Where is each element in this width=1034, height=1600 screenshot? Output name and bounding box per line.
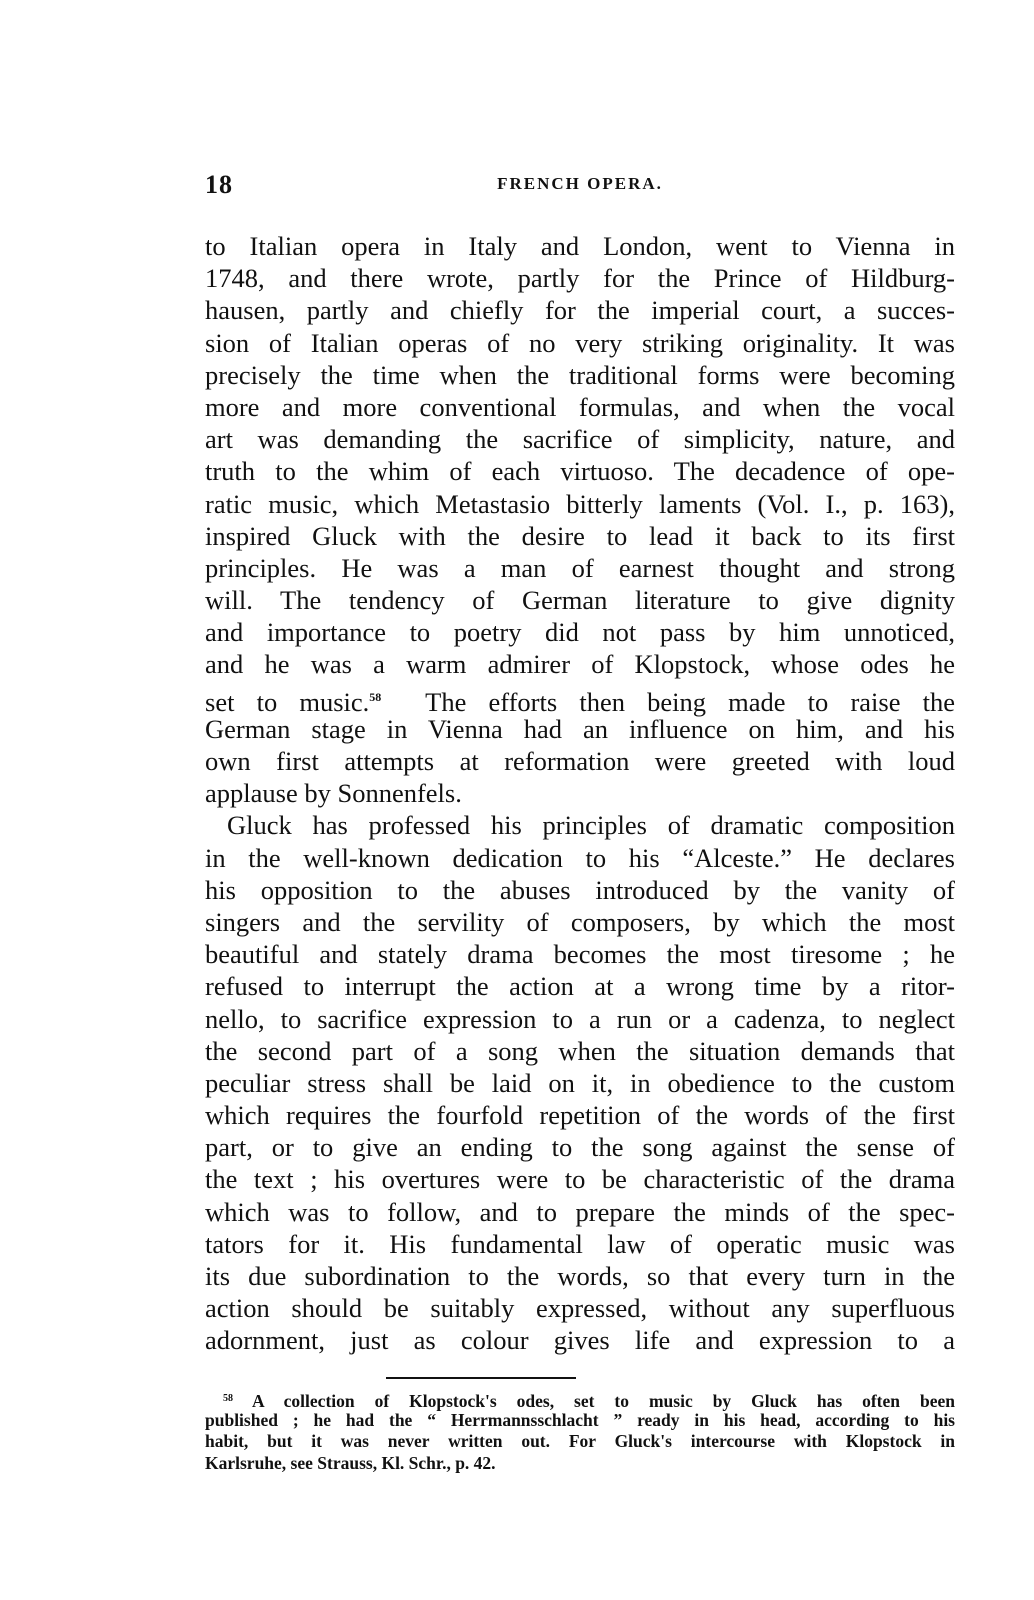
text-line: precisely the time when the traditional … <box>205 359 955 391</box>
text-line: his opposition to the abuses introduced … <box>205 874 955 906</box>
text-line: tators for it. His fundamental law of op… <box>205 1228 955 1260</box>
text-line: Gluck has professed his principles of dr… <box>205 809 955 841</box>
text-line: ratic music, which Metastasio bitterly l… <box>205 488 955 520</box>
text-line: refused to interrupt the action at a wro… <box>205 970 955 1002</box>
footnote-marker: 58 <box>223 1393 233 1404</box>
text-line: which requires the fourfold repetition o… <box>205 1099 955 1131</box>
text-line: sion of Italian operas of no very striki… <box>205 327 955 359</box>
footnote-reference[interactable]: 58 <box>369 690 381 704</box>
text-line: singers and the servility of composers, … <box>205 906 955 938</box>
text-line: hausen, partly and chiefly for the imper… <box>205 294 955 326</box>
text-line: set to music.58 The efforts then being m… <box>205 681 955 713</box>
footnote-divider <box>386 1377 576 1379</box>
text-line: will. The tendency of German literature … <box>205 584 955 616</box>
text-line: in the well-known dedication to his “Alc… <box>205 842 955 874</box>
page-header: 18 FRENCH OPERA. <box>205 170 955 200</box>
text-line: own first attempts at reformation were g… <box>205 745 955 777</box>
text-line: to Italian opera in Italy and London, we… <box>205 230 955 262</box>
text-line: which was to follow, and to prepare the … <box>205 1196 955 1228</box>
text-line: peculiar stress shall be laid on it, in … <box>205 1067 955 1099</box>
text-line: and importance to poetry did not pass by… <box>205 616 955 648</box>
text-line: art was demanding the sacrifice of simpl… <box>205 423 955 455</box>
footnote-line: Karlsruhe, see Strauss, Kl. Schr., p. 42… <box>205 1453 955 1475</box>
text-line: and he was a warm admirer of Klopstock, … <box>205 648 955 680</box>
text-line: nello, to sacrifice expression to a run … <box>205 1003 955 1035</box>
text-line: inspired Gluck with the desire to lead i… <box>205 520 955 552</box>
text-line: more and more conventional formulas, and… <box>205 391 955 423</box>
text-segment: A collection of Klopstock's odes, set to… <box>252 1391 955 1411</box>
text-line: the text ; his overtures were to be char… <box>205 1163 955 1195</box>
body-text: to Italian opera in Italy and London, we… <box>205 230 955 1357</box>
text-line: adornment, just as colour gives life and… <box>205 1324 955 1356</box>
text-line: the second part of a song when the situa… <box>205 1035 955 1067</box>
footnote-line: habit, but it was never written out. For… <box>205 1431 955 1453</box>
text-line: part, or to give an ending to the song a… <box>205 1131 955 1163</box>
book-page: 18 FRENCH OPERA. to Italian opera in Ita… <box>0 0 1034 1600</box>
text-line: truth to the whim of each virtuoso. The … <box>205 455 955 487</box>
footnote-line: published ; he had the “ Herrmannsschlac… <box>205 1410 955 1432</box>
footnote-line: 58 A collection of Klopstock's odes, set… <box>205 1388 955 1410</box>
text-line: German stage in Vienna had an influence … <box>205 713 955 745</box>
text-line: 1748, and there wrote, partly for the Pr… <box>205 262 955 294</box>
text-line: applause by Sonnenfels. <box>205 777 955 809</box>
text-line: action should be suitably expressed, wit… <box>205 1292 955 1324</box>
text-line: principles. He was a man of earnest thou… <box>205 552 955 584</box>
footnotes: 58 A collection of Klopstock's odes, set… <box>205 1388 955 1474</box>
running-title: FRENCH OPERA. <box>205 174 955 194</box>
text-line: beautiful and stately drama becomes the … <box>205 938 955 970</box>
text-line: its due subordination to the words, so t… <box>205 1260 955 1292</box>
